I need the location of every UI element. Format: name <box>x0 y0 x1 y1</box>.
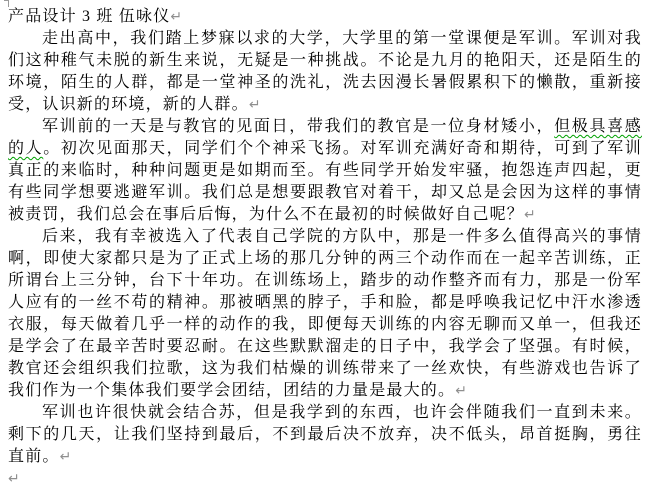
paragraph-mark-icon: ↵ <box>524 207 536 223</box>
paragraph-mark-icon: ↵ <box>60 449 72 465</box>
paragraph-mark-icon: ↵ <box>170 9 182 25</box>
empty-paragraph: ↵ <box>8 468 642 490</box>
paragraph-mark-icon: ↵ <box>455 383 467 399</box>
paragraph-4-text: 军训也许很快就会结合苏，但是我学到的东西，也许会伴随我们一直到未来。剩下的几天，… <box>8 404 642 465</box>
paragraph-1-text: 走出高中，我们踏上梦寐以求的大学，大学里的第一堂课便是军训。军训对我们这种稚气未… <box>8 30 642 113</box>
paragraph-3-text: 后来，我有幸被选入了代表自己学院的方队中，那是一件多么值得高兴的事情啊，即使大家… <box>8 228 642 399</box>
paragraph-4: 军训也许很快就会结合苏，但是我学到的东西，也许会伴随我们一直到未来。剩下的几天，… <box>8 402 642 468</box>
paragraph-mark-icon: ↵ <box>249 97 261 113</box>
paragraph-3: 后来，我有幸被选入了代表自己学院的方队中，那是一件多么值得高兴的事情啊，即使大家… <box>8 226 642 402</box>
document-title: 产品设计 3 班 伍咏仪 <box>8 8 170 25</box>
paragraph-2-text-after: 。初次见面那天，同学们个个神采飞扬。对军训充满好奇和期待，可到了军训真正的来临时… <box>8 140 642 223</box>
paragraph-2-text-before: 军训前的一天是与教官的见面日，带我们的教官是一位身材矮小， <box>42 118 554 135</box>
document-title-line: 产品设计 3 班 伍咏仪↵ <box>8 6 642 28</box>
text-boundary-corner-mark <box>8 0 9 7</box>
paragraph-mark-icon: ↵ <box>8 471 20 487</box>
paragraph-2: 军训前的一天是与教官的见面日，带我们的教官是一位身材矮小，但极具喜感的人。初次见… <box>8 116 642 226</box>
document-page[interactable]: 产品设计 3 班 伍咏仪↵ 走出高中，我们踏上梦寐以求的大学，大学里的第一堂课便… <box>0 0 649 503</box>
paragraph-1: 走出高中，我们踏上梦寐以求的大学，大学里的第一堂课便是军训。军训对我们这种稚气未… <box>8 28 642 116</box>
